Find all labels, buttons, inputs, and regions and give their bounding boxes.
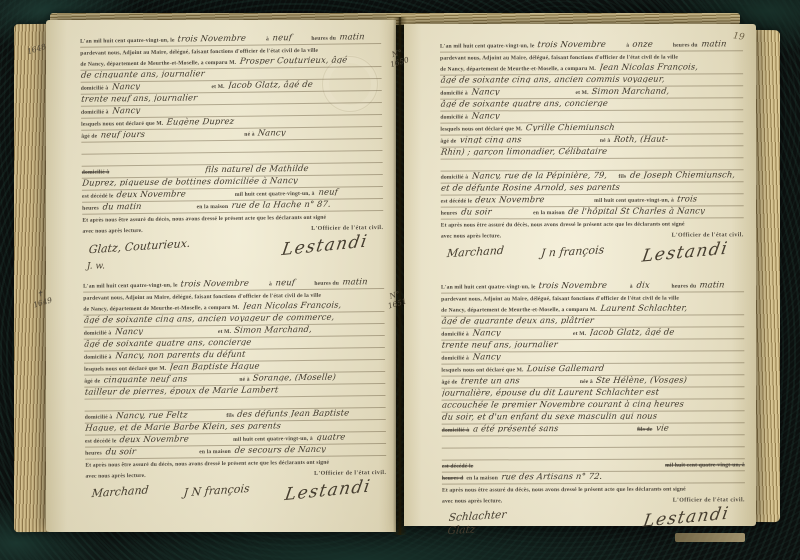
printed-form-text-struck: fils de (637, 428, 652, 435)
signature: Lestandi (640, 238, 730, 268)
handwriting-text: matin (701, 39, 743, 48)
printed-form-text: et M. (573, 332, 586, 339)
printed-form-text: âgé de (84, 379, 100, 386)
handwriting-text: rue de la Hache n° 87. (231, 199, 383, 209)
handwriting-text: Rhin) ; garçon limonadier, Célibataire (440, 146, 743, 156)
printed-form-text: né à (244, 132, 254, 139)
signature: Lestandi (641, 503, 731, 533)
handwriting-text: trente un ans (460, 376, 577, 385)
printed-form-text: et M. (575, 91, 588, 98)
signature: Lestandi (283, 476, 372, 506)
handwriting-text: neuf (275, 278, 312, 287)
printed-form-text: L'an mil huit cent quatre-vingt-un, le (83, 283, 178, 291)
handwriting-text: Laurent Schlachter, (600, 303, 744, 312)
handwriting-text: Eugène Duprez (166, 115, 382, 126)
right-page: 19 N° 1650L'an mil huit cent quatre-ving… (404, 24, 756, 526)
handwriting-text: matin (699, 280, 744, 289)
printed-form-text: domicilié à (84, 331, 112, 338)
record-body: L'an mil huit cent quatre-vingt-un, letr… (80, 32, 384, 272)
printed-form-text: mil huit cent quatre-vingt-un, à (233, 437, 313, 445)
form-line: avec nous après lecture.L'Officier de l'… (441, 229, 744, 241)
printed-form-text: et M. (218, 330, 231, 337)
handwriting-text: neuf jours (100, 129, 242, 139)
printed-form-text: en la maison (533, 211, 565, 218)
handwriting-text: Nancy, rue Feltz (115, 410, 224, 420)
signature: Marchand (446, 244, 504, 261)
record-body: L'an mil huit cent quatre-vingt-un, letr… (440, 39, 744, 272)
handwriting-text: Jean Baptiste Hague (169, 360, 385, 371)
handwriting-text: Simon Marchand, (234, 324, 385, 334)
handwriting-text: matin (342, 277, 384, 286)
handwriting-text: Jacob Glatz, âgé de (589, 327, 744, 336)
signature: J N françois (183, 482, 250, 500)
printed-form-text-struck: mil huit cent quatre-vingt-un, à (665, 463, 745, 470)
signature: Marchand (91, 483, 149, 501)
handwriting-text: onze (632, 40, 671, 49)
printed-form-text: à (266, 37, 269, 44)
handwriting-text: de secours de Nancy (234, 444, 386, 454)
handwriting-text: trois (677, 194, 744, 203)
death-record: ✝ 1649L'an mil huit cent quatre-vingt-un… (56, 277, 387, 513)
handwriting-text: de l'hôpital St Charles à Nancy (568, 206, 744, 215)
record-body: L'an mil huit cent quatre-vingt-un, letr… (441, 280, 745, 537)
printed-form-text: lesquels nous ont déclaré que M. (84, 367, 166, 375)
handwriting-text: âgé de quarante deux ans, plâtrier (441, 315, 744, 325)
handwriting-text: Jean Nicolas François, (242, 300, 384, 310)
signature-row: MarchandJ n françoisLestandi (441, 240, 744, 272)
handwriting-text: Roth, (Haut- (613, 134, 743, 143)
handwriting-text: matin (339, 32, 381, 41)
death-record: 1648L'an mil huit cent quatre-vingt-un, … (53, 32, 384, 272)
printed-form-text: domicilié à (440, 115, 468, 122)
printed-form-text: Et après nous être assuré du décès, nous… (441, 222, 685, 230)
signature-row: MarchandJ N françoisLestandi (86, 478, 387, 513)
left-page: 1648L'an mil huit cent quatre-vingt-un, … (46, 20, 396, 532)
printed-form-text: domicilié à (81, 110, 109, 117)
handwriting-text: cinquante neuf ans (103, 374, 237, 384)
handwriting-text: du soir (105, 446, 197, 456)
printed-form-text: fils (226, 414, 234, 421)
printed-form-text: lesquels nous ont déclaré que M. (440, 127, 522, 134)
printed-form-text: domicilié à (441, 332, 469, 339)
handwriting-text: Jean Nicolas François, (599, 62, 743, 71)
printed-form-text: heures du (311, 36, 336, 43)
handwriting-text: trois Novembre (537, 40, 624, 49)
handwriting-text: fils naturel de Mathilde (204, 163, 382, 174)
printed-form-text: mil huit cent quatre-vingt-un, à (594, 198, 674, 205)
printed-form-text: âgé de (441, 380, 457, 387)
handwriting-text: Sorange, (Moselle) (253, 372, 386, 382)
handwriting-text: du soir, et d'un enfant du sexe masculin… (442, 411, 745, 421)
scanned-register-photo: 1648L'an mil huit cent quatre-vingt-un, … (0, 0, 800, 560)
handwriting-text: Ste Hélène, (Vosges) (596, 375, 745, 384)
printed-form-text: de Nancy, département de Meurthe-et-Mose… (440, 67, 596, 75)
printed-form-text: en la maison (197, 205, 229, 212)
handwriting-text: Simon Marchand, (592, 86, 744, 95)
handwriting-text: Cyrille Chiemiunsch (526, 122, 744, 131)
handwriting-text: deux Novembre (120, 434, 232, 444)
printed-form-text: et M. (211, 85, 224, 92)
handwriting-text: Nancy (258, 127, 383, 137)
handwriting-text: rue des Artisans n° 72. (501, 471, 745, 480)
handwriting-text: neuf (318, 187, 383, 196)
printed-form-text: heures du (672, 284, 697, 291)
handwriting-text: Nancy (471, 87, 574, 96)
printed-form-text: né à (239, 378, 249, 385)
printed-form-text: L'an mil huit cent quatre-vingt-un, le (441, 285, 536, 293)
handwriting-text: Nancy, rue de la Pépinière, 79, (471, 171, 616, 180)
handwriting-text: âgé de soixante quatre ans, concierge (440, 98, 743, 108)
printed-form-text: heures du (673, 43, 698, 50)
handwriting-text: Nancy (114, 326, 216, 336)
printed-form-text: lesquels nous ont déclaré que M. (441, 368, 523, 375)
handwriting-text: trente neuf ans, journalier (441, 339, 744, 349)
death-record: N° 1651L'an mil huit cent quatre-vingt-u… (414, 280, 745, 537)
printed-form-text: de Nancy, département de Meurthe-et-Mose… (441, 308, 597, 316)
printed-form-text: à (269, 282, 272, 289)
printed-form-text: en la maison (199, 450, 231, 457)
printed-form-text: en la maison (466, 476, 498, 483)
signature: Schlachter Glatz (447, 509, 507, 539)
handwriting-text: quatre (316, 432, 386, 441)
spacer (112, 172, 201, 173)
handwriting-text: journalière, épouse du dit Laurent Schla… (442, 387, 745, 397)
handwriting-text: deux Novembre (117, 189, 233, 199)
printed-form-text: âgé de (81, 134, 97, 141)
printed-form-text: heures du (314, 281, 339, 288)
handwriting-text: Nancy (472, 351, 744, 361)
handwriting-text: dix (636, 281, 670, 290)
printed-form-text: domicilié à (81, 86, 109, 93)
handwriting-text: accouchée le premier Novembre courant à … (442, 399, 745, 409)
handwriting-text: Prosper Couturieux, âgé (239, 55, 381, 65)
handwriting-text: trois Novembre (178, 33, 264, 42)
handwriting-text: trois Novembre (181, 278, 267, 287)
handwriting-text: Nancy (471, 110, 743, 120)
handwriting-text: a été présenté sans (472, 424, 635, 433)
handwriting-text: et de défunte Rosine Arnold, ses parents (441, 182, 744, 192)
printed-form-text: L'an mil huit cent quatre-vingt-un, le (80, 38, 175, 46)
printed-form-text: né à (600, 139, 610, 146)
printed-form-text: née à (580, 380, 593, 387)
printed-form-text: domicilié à (84, 355, 112, 362)
printed-form-text: fils (618, 175, 626, 182)
printed-form-text: domicilié à (440, 91, 468, 98)
cover-board-edge (675, 533, 745, 542)
handwriting-text: de Joseph Chiemiunsch, (629, 170, 743, 179)
handwriting-text: des défunts Jean Baptiste (237, 408, 386, 418)
right-page-records: N° 1650L'an mil huit cent quatre-vingt-u… (403, 23, 757, 527)
handwriting-text: du matin (102, 201, 195, 211)
handwriting-text: du soir (460, 207, 531, 216)
handwriting-text: vie (655, 423, 744, 432)
printed-form-text: à (626, 44, 629, 51)
handwriting-text: Louise Gallemard (527, 363, 745, 372)
printed-form-text: domicilié à (441, 356, 469, 363)
printed-form-text: Et après nous être assuré du décès, nous… (442, 487, 686, 495)
record-body: L'an mil huit cent quatre-vingt-un, letr… (83, 277, 387, 513)
handwriting-text: trois Novembre (539, 281, 628, 290)
printed-form-text: âgé de (440, 139, 456, 146)
handwriting-text: Jacob Glatz, âgé de (228, 79, 382, 89)
handwriting-text: vingt cinq ans (459, 135, 598, 144)
handwriting-text: deux Novembre (475, 195, 592, 204)
death-record: N° 1650L'an mil huit cent quatre-vingt-u… (413, 39, 744, 272)
left-page-records: 1648L'an mil huit cent quatre-vingt-un, … (43, 18, 399, 534)
printed-form-text: mil huit cent quatre-vingt-un, à (235, 192, 315, 200)
printed-form-text: à (630, 285, 633, 292)
handwriting-text: neuf (272, 33, 309, 42)
signature: Lestandi (280, 231, 369, 261)
printed-form-text: lesquels nous ont déclaré que M. (81, 122, 163, 130)
signature: J n françois (540, 243, 605, 260)
form-line: avec nous après lecture.L'Officier de l'… (442, 494, 745, 506)
handwriting-text: âgé de soixante cinq ans, ancien commis … (440, 74, 743, 84)
handwriting-text: Nancy (111, 81, 209, 91)
spacer (476, 460, 662, 461)
handwriting-text: Nancy (472, 328, 571, 337)
printed-form-text: L'an mil huit cent quatre-vingt-un, le (440, 44, 535, 52)
